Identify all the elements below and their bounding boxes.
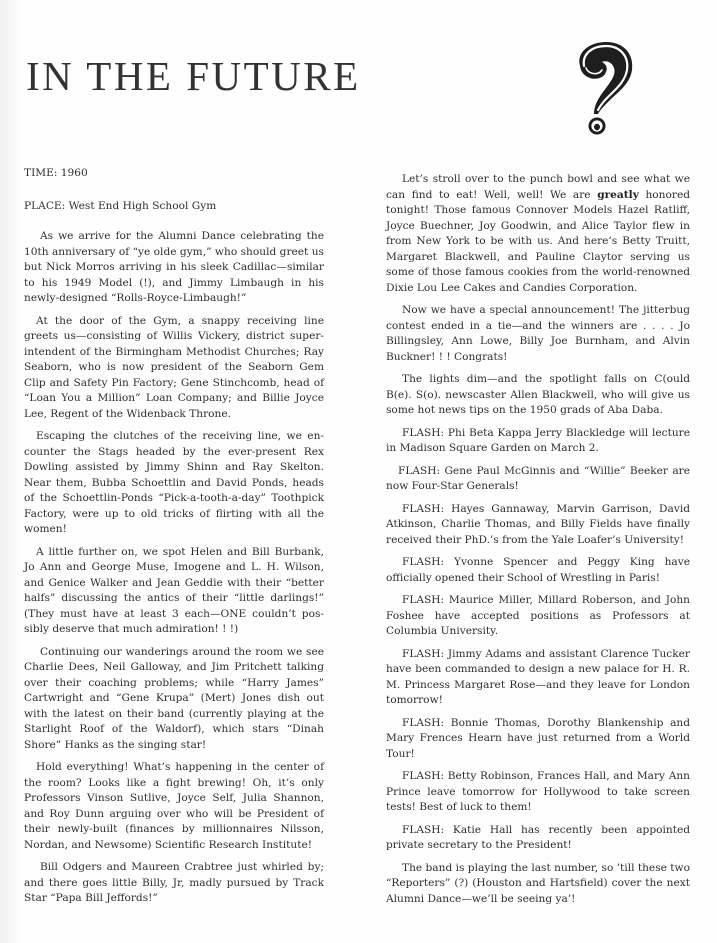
paragraph-intro: Let’s stroll over to the punch bowl and … <box>386 172 690 296</box>
flash-item: FLASH: Katie Hall has recently been appo… <box>386 823 690 854</box>
flash-item: FLASH: Bonnie Thomas, Dorothy Blankenshi… <box>386 716 690 763</box>
right-column: Let’s stroll over to the punch bowl and … <box>386 172 690 914</box>
flash-item: FLASH: Hayes Gannaway, Marvin Garrison, … <box>386 502 690 549</box>
paragraph: Bill Odgers and Maureen Crabtree just wh… <box>24 860 324 907</box>
paragraph: As we arrive for the Alumni Dance celebr… <box>24 229 324 307</box>
flash-item: FLASH: Phi Beta Kappa Jerry Blackledge w… <box>386 426 690 457</box>
paragraph: Escaping the clutches of the receiving l… <box>24 429 324 538</box>
paragraph: A little further on, we spot Helen and B… <box>24 545 324 638</box>
page-title: IN THE FUTURE <box>26 56 361 97</box>
left-column: TIME: 1960 PLACE: West End High School G… <box>24 166 324 914</box>
flash-item: FLASH: Maurice Miller, Millard Roberson,… <box>386 593 690 640</box>
flash-item: FLASH: Jimmy Adams and assistant Clarenc… <box>386 647 690 709</box>
paragraph: At the door of the Gym, a snappy receivi… <box>24 314 324 423</box>
flash-item: FLASH: Yvonne Spencer and Peggy King hav… <box>386 555 690 586</box>
time-line: TIME: 1960 <box>24 166 324 182</box>
paragraph: The lights dim—and the spotlight falls o… <box>386 372 690 419</box>
page-edge-shadow <box>0 0 22 943</box>
flash-item: FLASH: Gene Paul McGinnis and “Willie” B… <box>386 464 690 495</box>
flash-item: FLASH: Betty Robinson, Frances Hall, and… <box>386 769 690 816</box>
closing-paragraph: The band is playing the last number, so … <box>386 861 690 908</box>
intro-emphasis: greatly <box>597 189 639 201</box>
paragraph: Hold everything! What’s happening in the… <box>24 760 324 853</box>
paragraph: Now we have a special announcement! The … <box>386 303 690 365</box>
intro-text-rest: honored tonight! Those famous Connover M… <box>386 189 690 294</box>
paragraph: Continuing our wanderings around the roo… <box>24 645 324 754</box>
question-mark-icon <box>572 40 636 136</box>
place-line: PLACE: West End High School Gym <box>24 199 324 215</box>
